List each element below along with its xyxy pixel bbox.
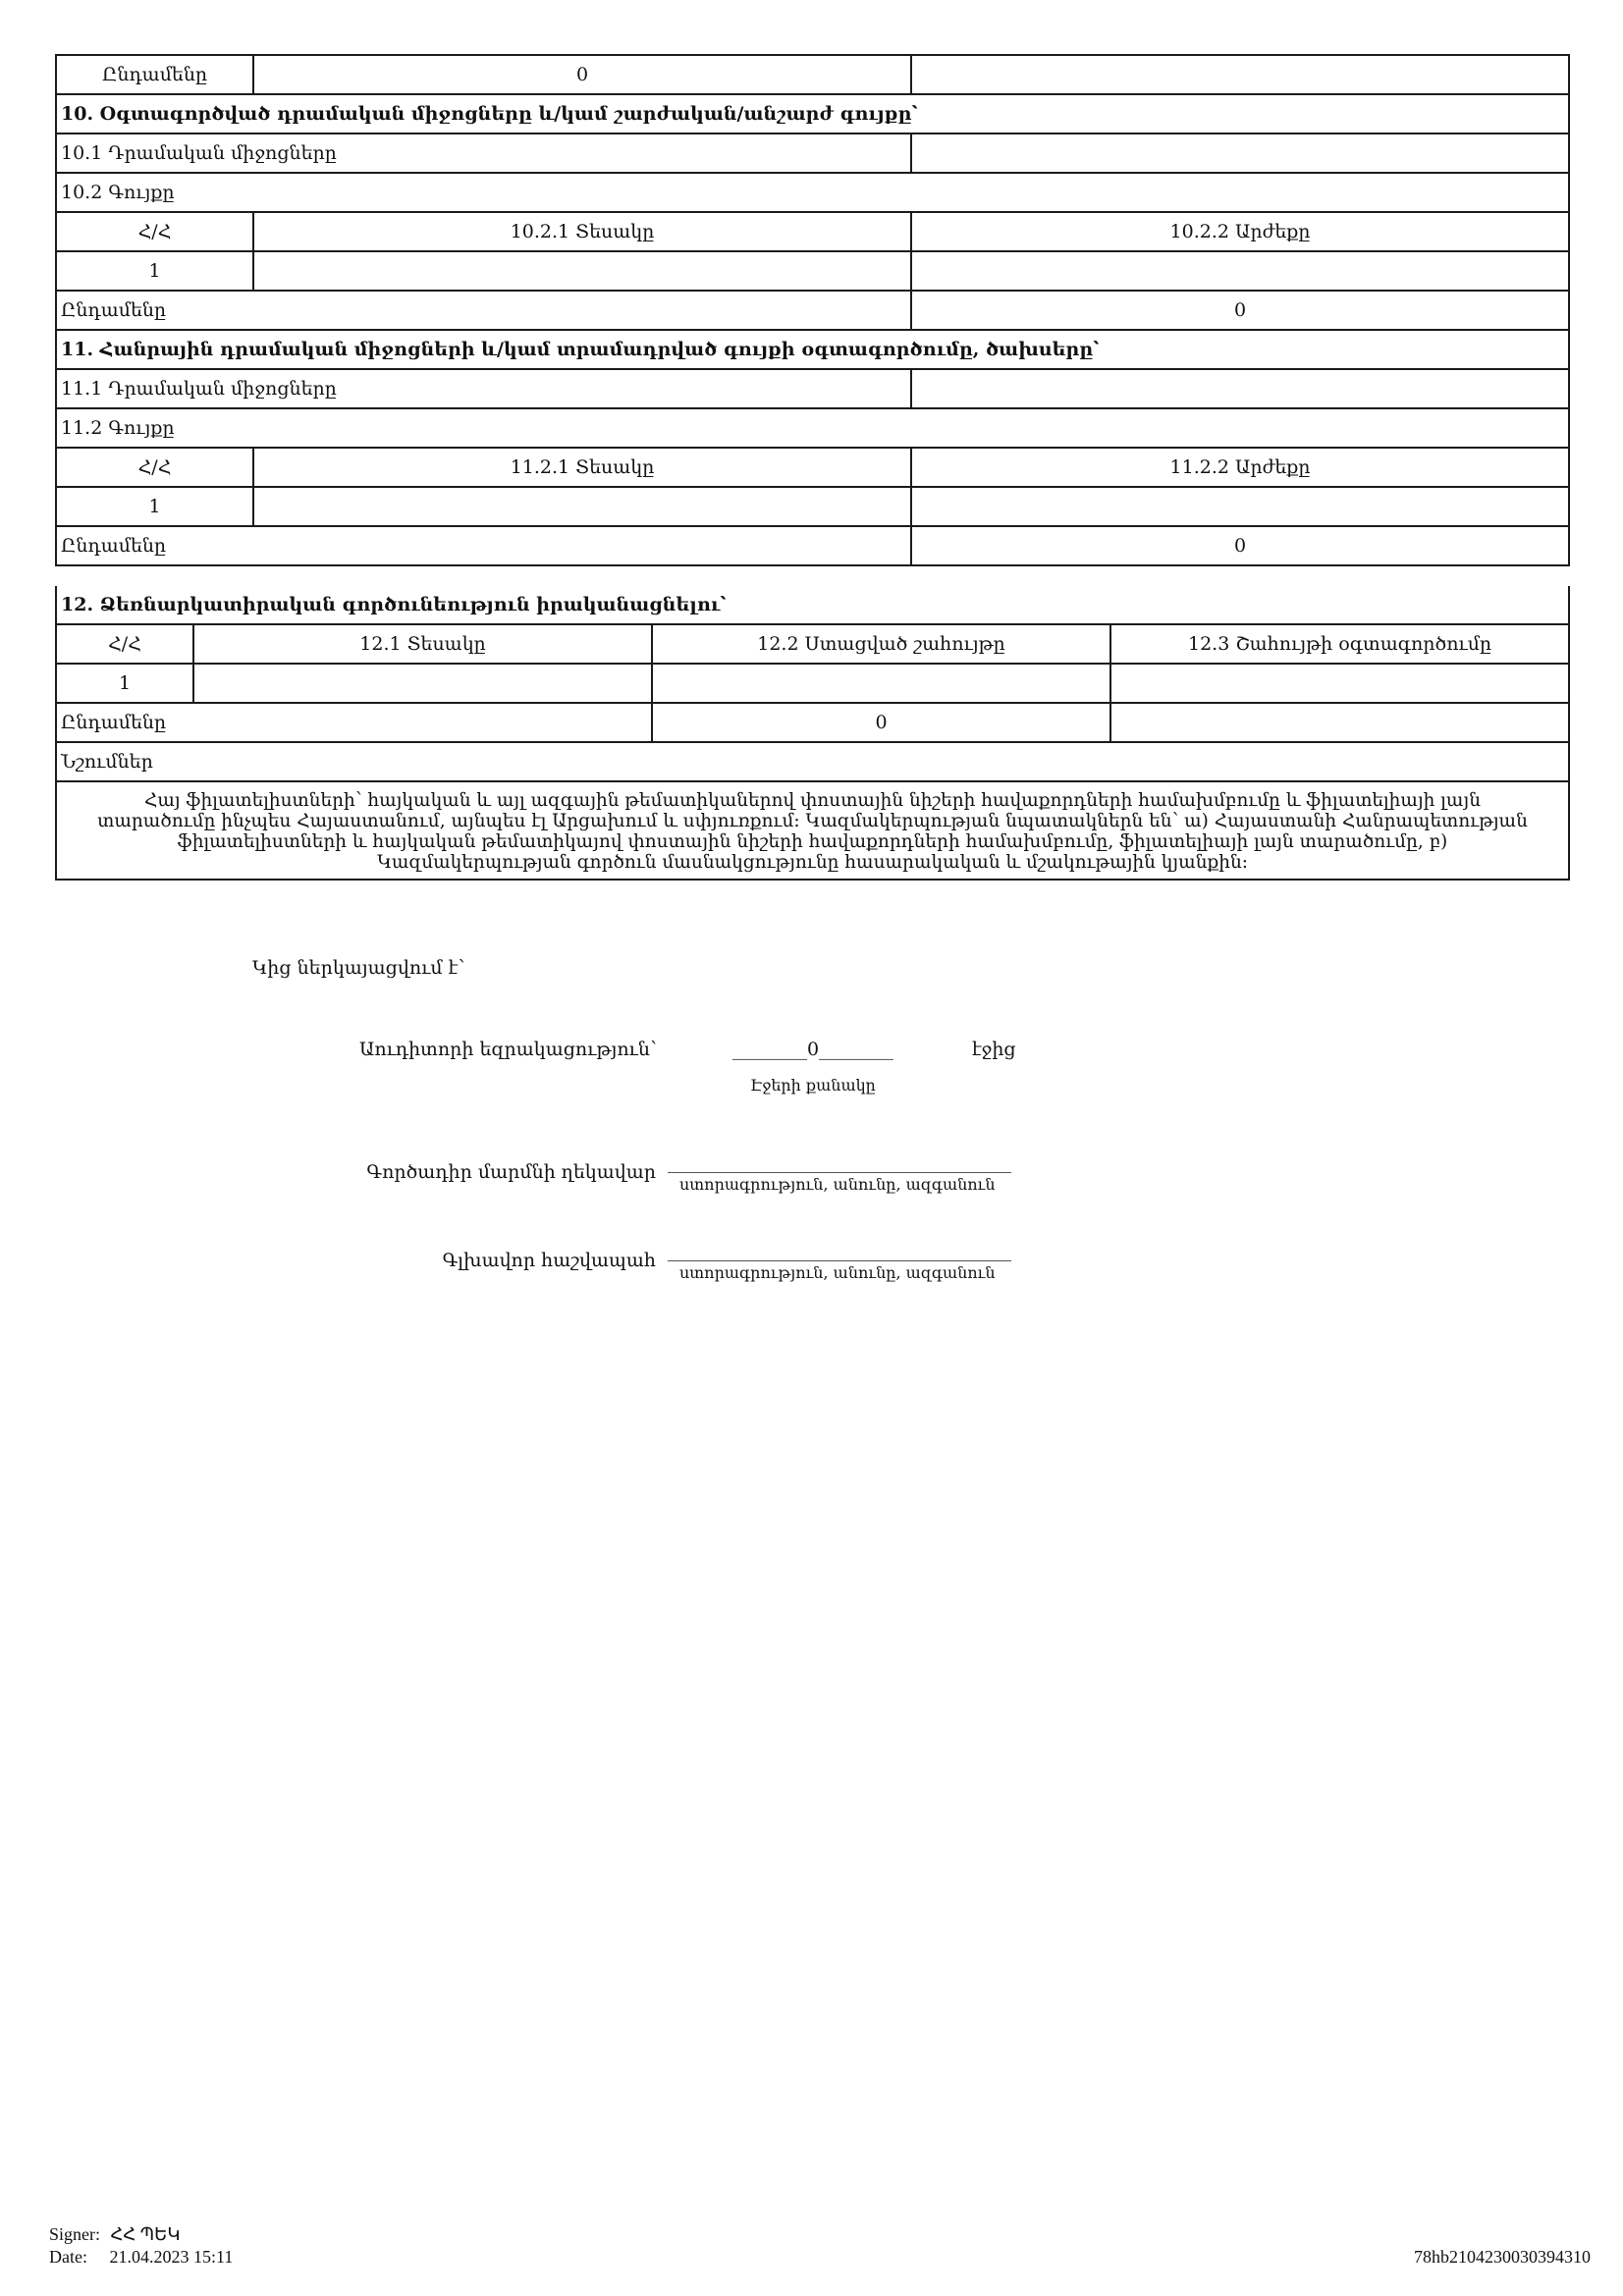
pages-word: էջից: [972, 1039, 1016, 1060]
table-row: 11.1 Դրամական միջոցները: [56, 369, 1569, 408]
signer-value: ՀՀ ՊԵԿ: [111, 2224, 181, 2244]
signature-line: [668, 1172, 1011, 1173]
table-row: 10.2 Գույքը: [56, 173, 1569, 212]
date-value: 21.04.2023 15:11: [109, 2247, 233, 2267]
footer-date: Date: 21.04.2023 15:11: [49, 2247, 233, 2268]
notes-line: ֆիլատելիստների և հայկական թեմատիկայով փո…: [96, 831, 1529, 852]
page-count-value: 0: [807, 1039, 819, 1060]
total-extra: [911, 55, 1569, 94]
section-10-property-label: 10.2 Գույքը: [56, 173, 1569, 212]
notes-line: Կազմակերպության գործուն մասնակցությունը …: [96, 852, 1529, 873]
column-header: 10.2.1 Տեսակը: [253, 212, 911, 251]
total-label: Ընդամենը: [56, 55, 253, 94]
column-header: 11.2.1 Տեսակը: [253, 448, 911, 487]
signature-role: Գլխավոր հաշվապահ: [443, 1250, 656, 1271]
signature-caption: ստորագրություն, անունը, ազգանուն: [679, 1263, 996, 1282]
section-11-property-label: 11.2 Գույքը: [56, 408, 1569, 448]
column-header: 11.2.2 Արժեքը: [911, 448, 1569, 487]
section-12-total-label: Ընդամենը: [56, 703, 652, 742]
section-12-title-row: 12. Ձեռնարկատիրական գործունեություն իրակ…: [56, 586, 1569, 624]
row-number: 1: [56, 664, 193, 703]
section-12-total-profit: 0: [652, 703, 1110, 742]
table-row: Ընդամենը 0: [56, 703, 1569, 742]
section-11-total-value: 0: [911, 526, 1569, 565]
notes-label-row: Նշումներ: [56, 742, 1569, 781]
row-number: 1: [56, 251, 253, 291]
column-header: 10.2.2 Արժեքը: [911, 212, 1569, 251]
total-value: 0: [253, 55, 911, 94]
section-12-header-row: Հ/Հ 12.1 Տեսակը 12.2 Ստացված շահույթը 12…: [56, 624, 1569, 664]
section-11-header-row: Հ/Հ 11.2.1 Տեսակը 11.2.2 Արժեքը: [56, 448, 1569, 487]
row-profit: [652, 664, 1110, 703]
page-count-underline-left: ________: [732, 1039, 807, 1060]
page-count-underline-right: ________: [819, 1039, 893, 1060]
table-row: Ընդամենը 0: [56, 55, 1569, 94]
section-10-cash-label: 10.1 Դրամական միջոցները: [56, 133, 911, 173]
signature-role: Գործադիր մարմնի ղեկավար: [366, 1161, 656, 1183]
signature-caption: ստորագրություն, անունը, ազգանուն: [679, 1175, 996, 1194]
column-header: Հ/Հ: [56, 448, 253, 487]
row-type: [253, 487, 911, 526]
section-12-total-usage: [1110, 703, 1569, 742]
row-value: [911, 487, 1569, 526]
section-11-total-label: Ընդամենը: [56, 526, 911, 565]
date-label: Date:: [49, 2247, 87, 2267]
notes-text: Հայ ֆիլատելիստների՝ հայկական և այլ ազգայ…: [56, 781, 1569, 880]
table-row: 1: [56, 664, 1569, 703]
row-usage: [1110, 664, 1569, 703]
section-10-total-label: Ընդամենը: [56, 291, 911, 330]
section-10-total-value: 0: [911, 291, 1569, 330]
column-header: 12.2 Ստացված շահույթը: [652, 624, 1110, 664]
section-11-cash-value: [911, 369, 1569, 408]
signer-label: Signer:: [49, 2224, 100, 2244]
section-12-title: 12. Ձեռնարկատիրական գործունեություն իրակ…: [56, 586, 1569, 624]
page-count-caption: Էջերի քանակը: [720, 1076, 906, 1095]
column-header: 12.1 Տեսակը: [193, 624, 652, 664]
section-11-cash-label: 11.1 Դրամական միջոցները: [56, 369, 911, 408]
table-row: 11.2 Գույքը: [56, 408, 1569, 448]
section-10-title: 10. Օգտագործված դրամական միջոցները և/կամ…: [56, 94, 1569, 133]
notes-line: Հայ ֆիլատելիստների՝ հայկական և այլ ազգայ…: [96, 790, 1529, 811]
row-type: [193, 664, 652, 703]
document-code: 78hb2104230030394310: [1414, 2247, 1591, 2268]
table-row: 10.1 Դրամական միջոցները: [56, 133, 1569, 173]
signature-line: [668, 1260, 1011, 1261]
report-table-10-11: Ընդամենը 0 10. Օգտագործված դրամական միջո…: [55, 54, 1570, 566]
row-value: [911, 251, 1569, 291]
footer-signer: Signer: ՀՀ ՊԵԿ: [49, 2224, 181, 2245]
auditor-label: Աուդիտորի եզրակացություն՝: [359, 1039, 657, 1060]
section-11-title: 11. Հանրային դրամական միջոցների և/կամ տր…: [56, 330, 1569, 369]
notes-label: Նշումներ: [56, 742, 1569, 781]
section-10-cash-value: [911, 133, 1569, 173]
column-header: 12.3 Շահույթի օգտագործումը: [1110, 624, 1569, 664]
notes-text-row: Հայ ֆիլատելիստների՝ հայկական և այլ ազգայ…: [56, 781, 1569, 880]
section-10-title-row: 10. Օգտագործված դրամական միջոցները և/կամ…: [56, 94, 1569, 133]
table-row: Ընդամենը 0: [56, 291, 1569, 330]
notes-line: տարածումը ինչպես Հայաստանում, այնպես էլ …: [96, 811, 1529, 831]
column-header: Հ/Հ: [56, 624, 193, 664]
row-type: [253, 251, 911, 291]
report-table-12: 12. Ձեռնարկատիրական գործունեություն իրակ…: [55, 586, 1570, 881]
table-row: 1: [56, 251, 1569, 291]
table-row: 1: [56, 487, 1569, 526]
column-header: Հ/Հ: [56, 212, 253, 251]
row-number: 1: [56, 487, 253, 526]
section-10-header-row: Հ/Հ 10.2.1 Տեսակը 10.2.2 Արժեքը: [56, 212, 1569, 251]
page-count-field: ________0________: [720, 1039, 906, 1060]
section-11-title-row: 11. Հանրային դրամական միջոցների և/կամ տր…: [56, 330, 1569, 369]
table-row: Ընդամենը 0: [56, 526, 1569, 565]
attachments-title: Կից ներկայացվում է՝: [252, 957, 464, 979]
